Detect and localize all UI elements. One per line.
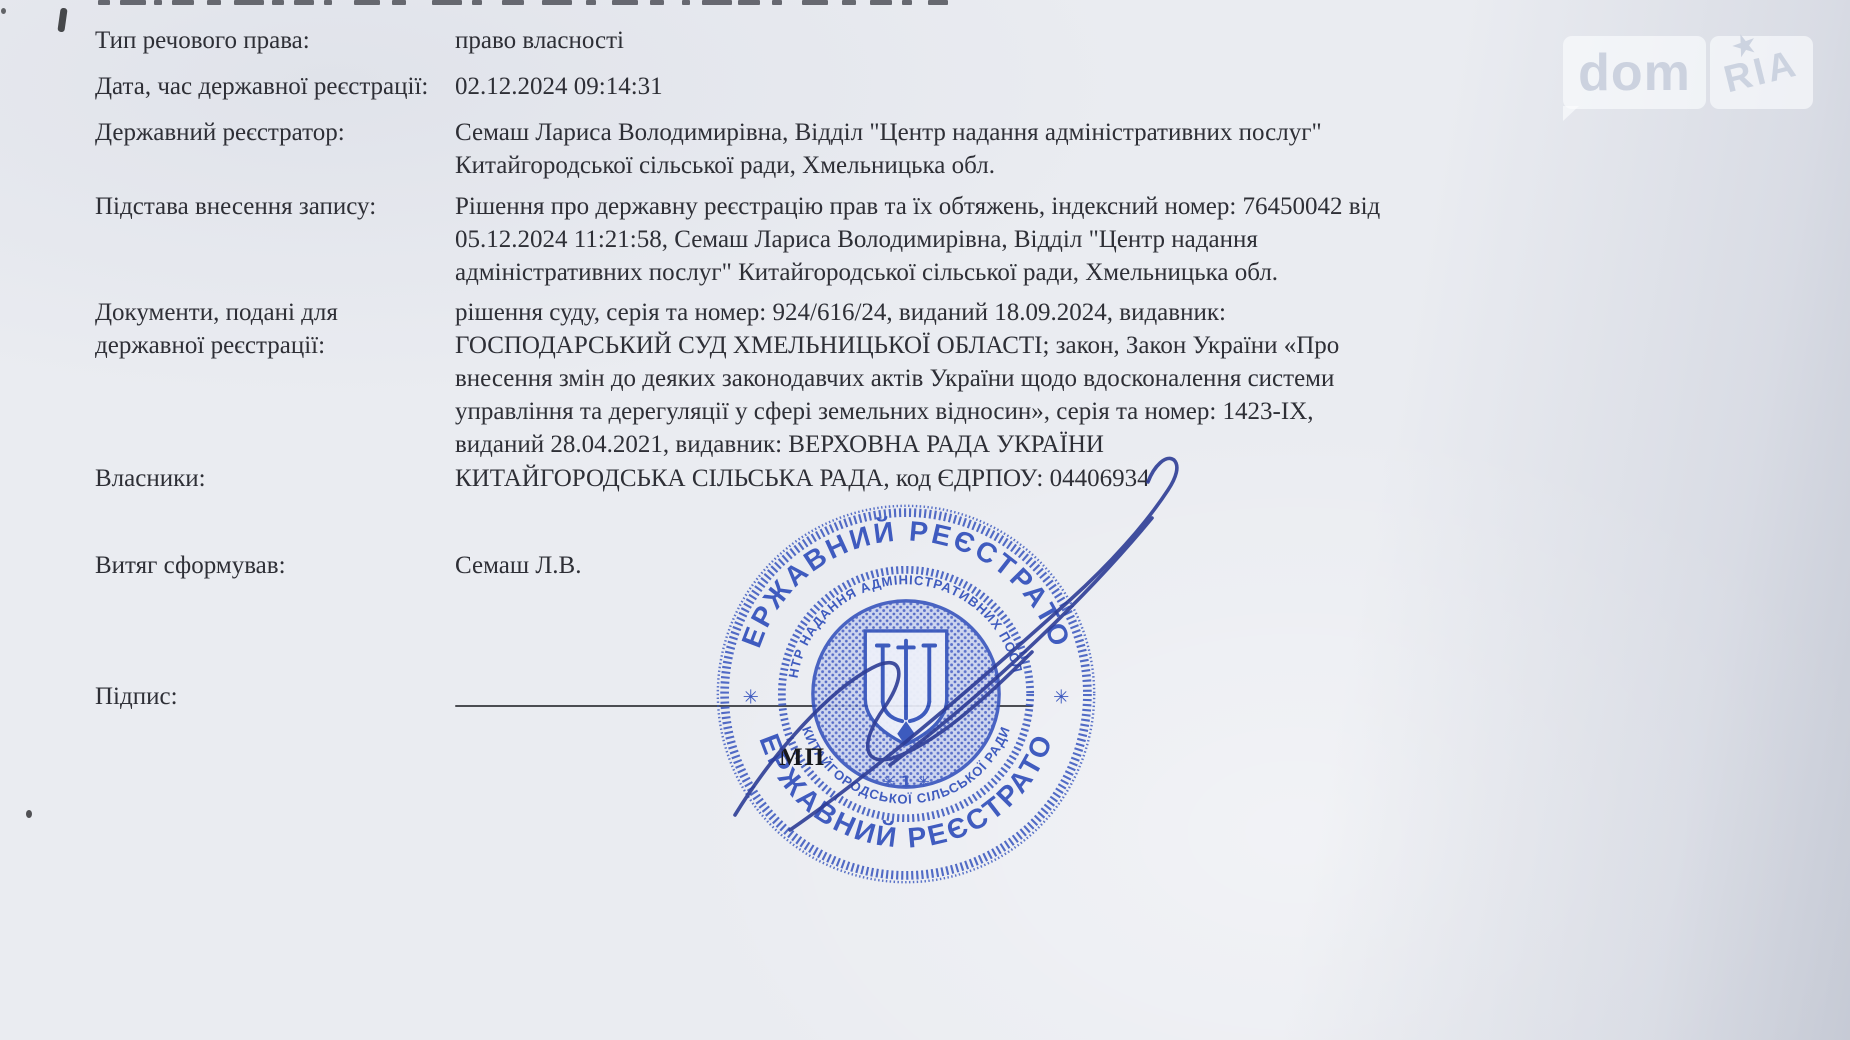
field-value: 02.12.2024 09:14:31	[455, 70, 1395, 103]
field-label: Дата, час державної реєстрації:	[95, 70, 428, 103]
field-label: Тип речового права:	[95, 24, 310, 57]
dust-speck	[26, 810, 32, 818]
dom-logo: dom	[1563, 36, 1706, 109]
dom-logo-tail	[1563, 106, 1579, 121]
dom-logo-text: dom	[1578, 47, 1691, 99]
field-value: Семаш Лариса Володимирівна, Відділ "Цент…	[455, 116, 1395, 182]
field-label: Витяг сформував:	[95, 549, 286, 582]
field-value: Рішення про державну реєстрацію прав та …	[455, 190, 1395, 289]
field-label: Державний реєстратор:	[95, 116, 345, 149]
mp-seal-label: МП	[779, 744, 826, 772]
domria-watermark: dom ★ RIA	[1563, 36, 1813, 109]
dust-speck	[1, 8, 6, 14]
star-separator-icon: ✳	[743, 686, 759, 709]
stamp-number-label: ✳ 1 ✳	[882, 773, 930, 791]
registrar-stamp: ДЕРЖАВНИЙ РЕЄСТРАТОР ДЕРЖАВНИЙ РЕЄСТРАТО…	[712, 500, 1100, 888]
field-value: КИТАЙГОРОДСЬКА СІЛЬСЬКА РАДА, код ЄДРПОУ…	[455, 462, 1395, 495]
document-page: Тип речового права: право власності Дата…	[0, 0, 1850, 1040]
dust-speck	[57, 8, 67, 33]
field-label: Документи, подані для державної реєстрац…	[95, 296, 395, 362]
field-value: право власності	[455, 24, 1395, 57]
field-label: Підстава внесення запису:	[95, 190, 376, 223]
field-label: Підпис:	[95, 680, 178, 713]
star-separator-icon: ✳	[1053, 686, 1069, 709]
ria-logo: ★ RIA	[1710, 36, 1813, 109]
field-label: Власники:	[95, 462, 206, 495]
field-value: рішення суду, серія та номер: 924/616/24…	[455, 296, 1395, 461]
